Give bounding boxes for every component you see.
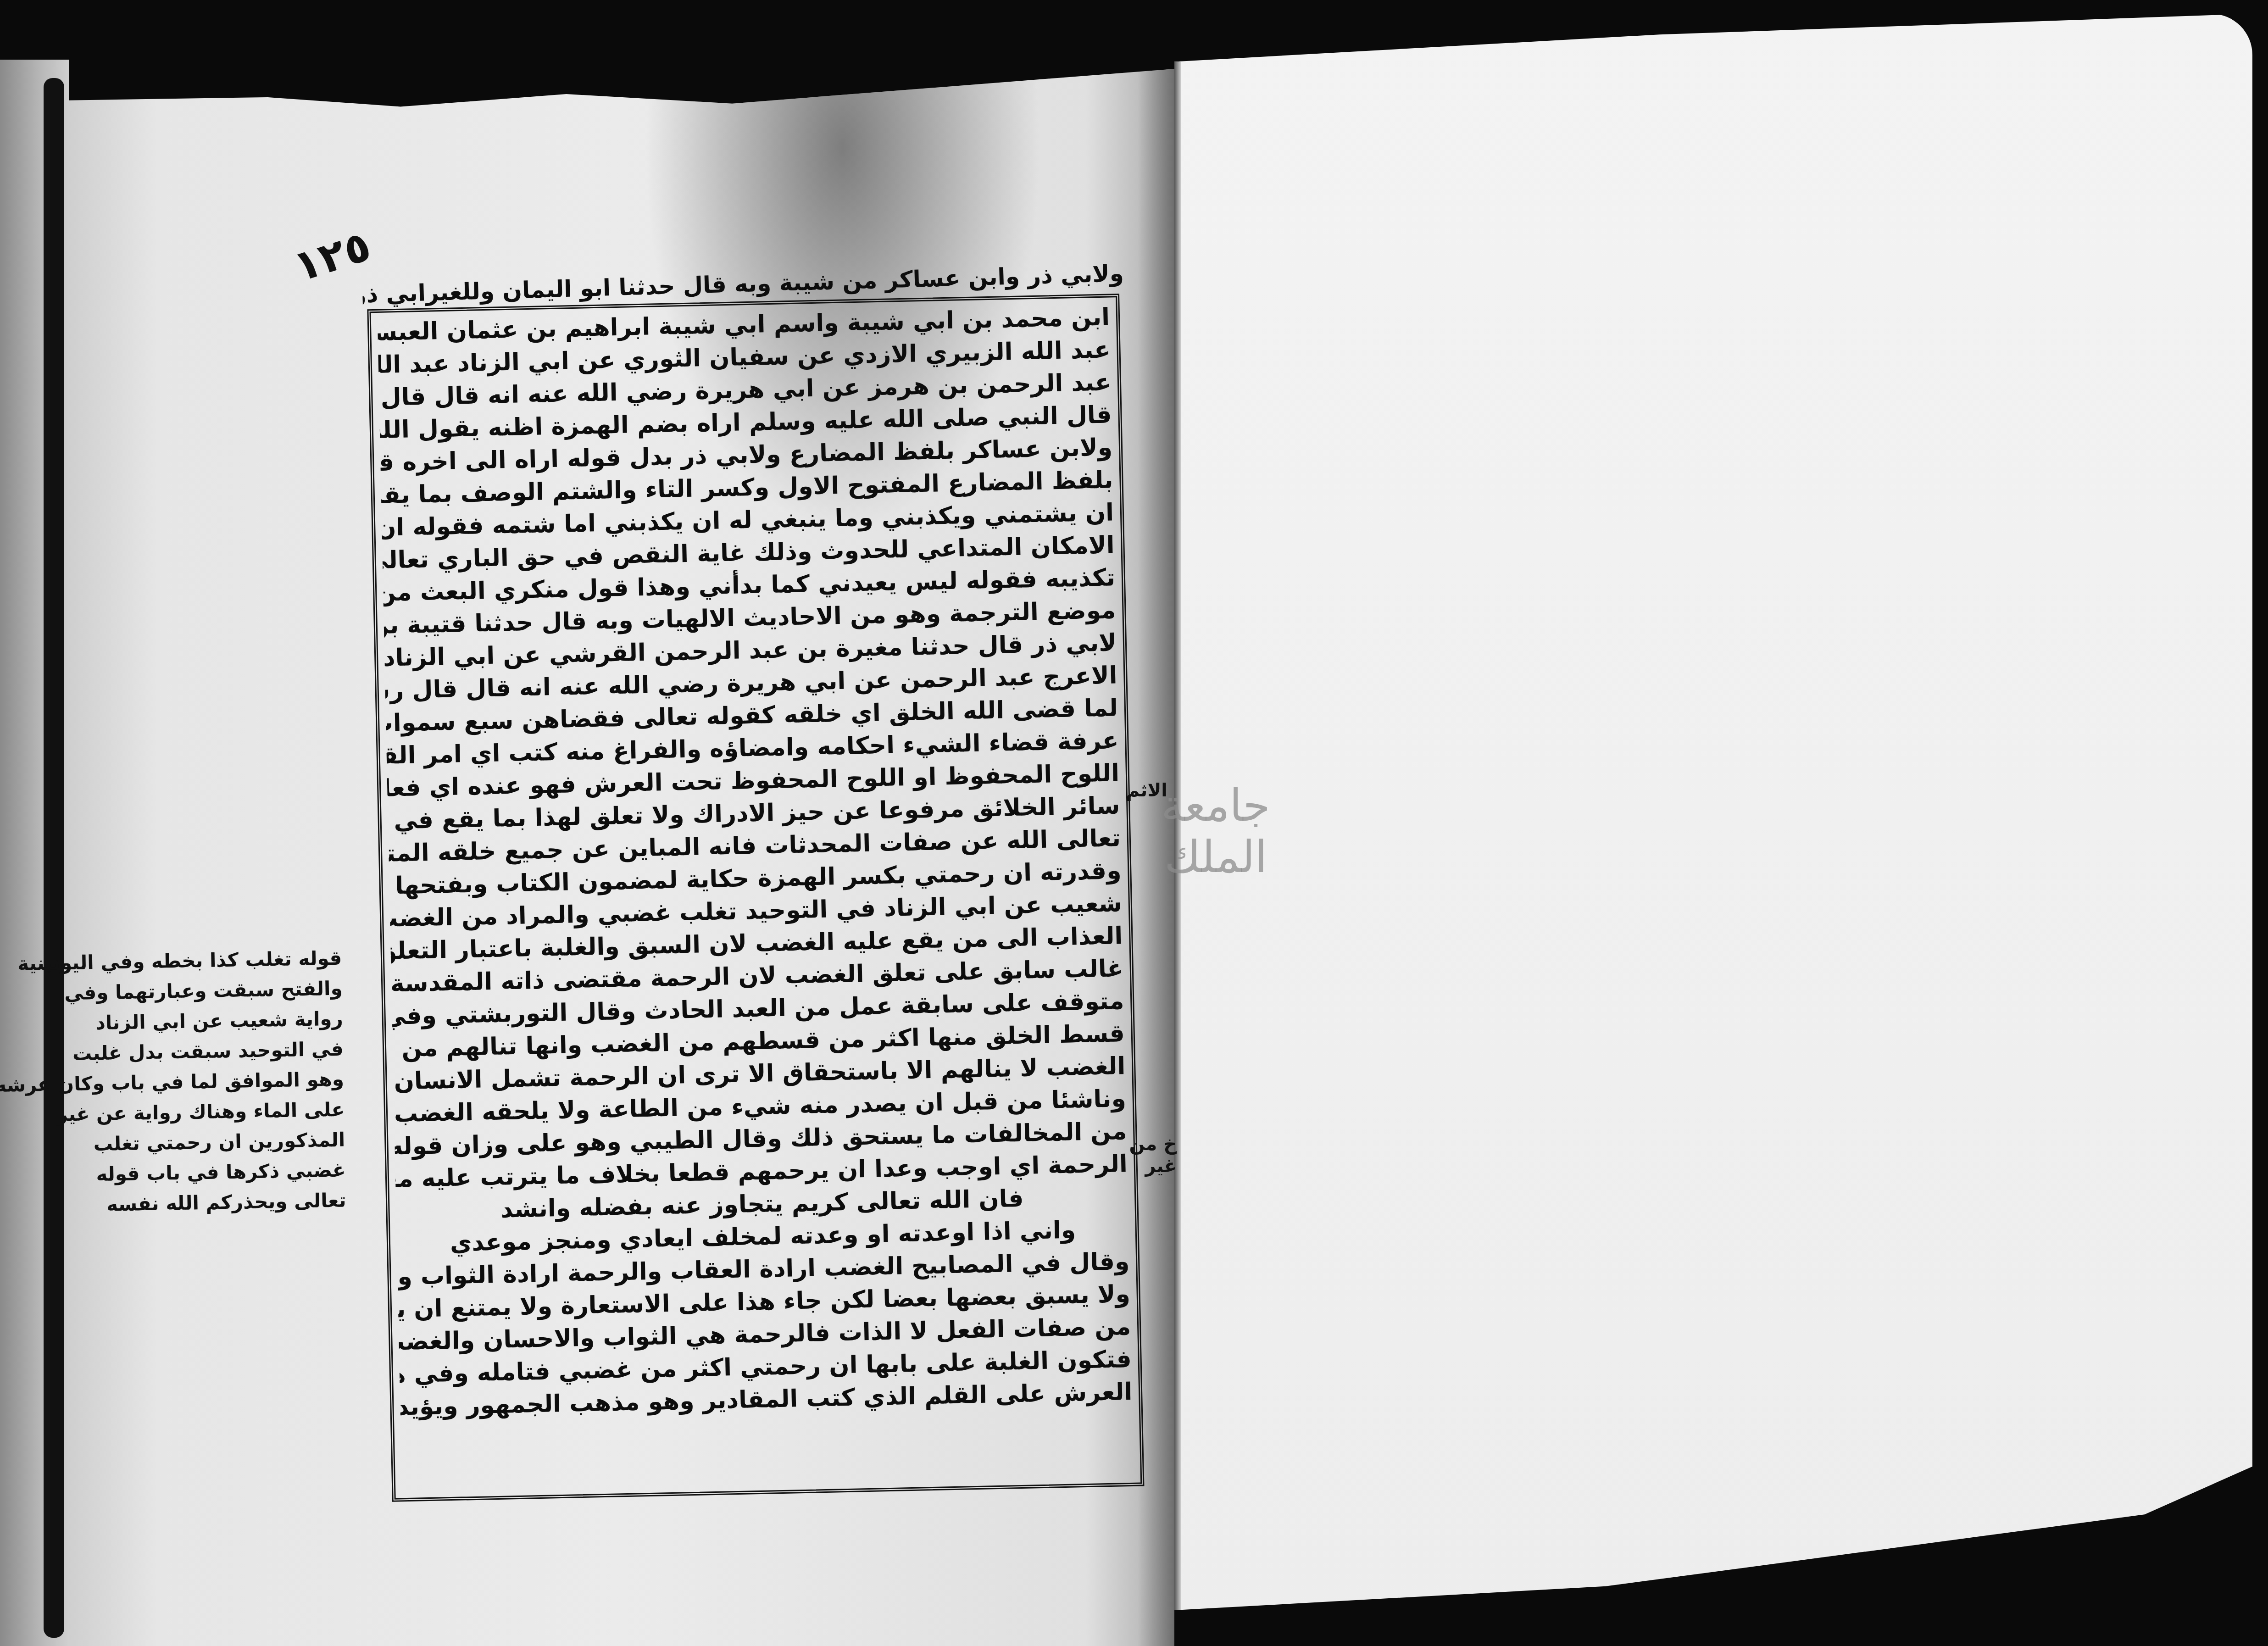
main-text-block: ابن محمد بن ابي شيبة واسم ابي شيبة ابراه… <box>367 294 1144 1502</box>
gloss-line: في التوحيد سبقت بدل غلبت <box>114 1034 344 1068</box>
gloss-line: تعالى ويحذركم الله نفسه <box>117 1185 346 1220</box>
library-watermark: جامعة الملك <box>1119 780 1312 883</box>
gutter-note-2: خ من غير <box>1126 1133 1177 1177</box>
gloss-line: وهو الموافق لما في باب وكان عرشه <box>114 1064 344 1099</box>
gloss-line: رواية شعيب عن ابي الزناد <box>113 1004 343 1038</box>
binding-crack <box>44 78 64 1638</box>
gloss-line: المذكورين ان رحمتي تغلب <box>116 1125 345 1159</box>
manuscript-right-page-blank <box>1174 14 2252 1610</box>
gloss-line: والفتح سبقت وعبارتهما وفي <box>113 973 343 1008</box>
gloss-line: قوله تغلب كذا بخطه وفي اليونينية <box>112 943 342 978</box>
gloss-line: على الماء وهناك رواية عن غير <box>115 1095 345 1129</box>
previous-leaf-edge <box>0 60 69 1646</box>
marginal-gloss: قوله تغلب كذا بخطه وفي اليونينيةوالفتح س… <box>112 943 346 1220</box>
gloss-line: غضبي ذكرها في باب قوله <box>116 1155 346 1190</box>
